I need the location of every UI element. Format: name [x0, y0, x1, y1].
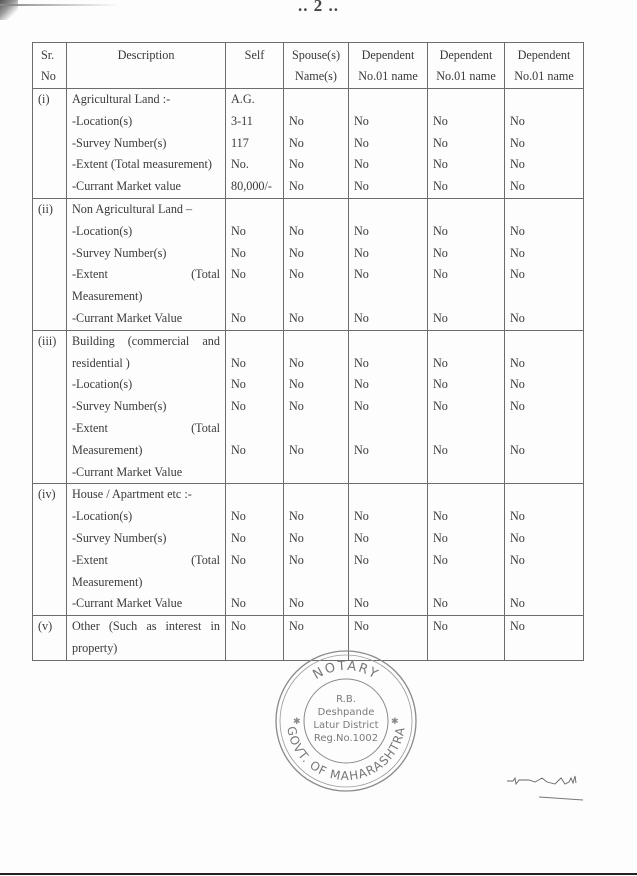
header-line: No.01 name — [514, 69, 574, 83]
value-line: No — [433, 616, 499, 638]
value-line — [289, 484, 343, 506]
table-body: (i)Agricultural Land :--Location(s)-Surv… — [33, 89, 584, 661]
value-line: No — [433, 550, 499, 572]
value-line: A.G. — [231, 89, 278, 111]
value-line: No — [433, 396, 499, 418]
description-line: Agricultural Land :- — [72, 89, 220, 111]
value-line: No — [354, 616, 422, 638]
value-line — [289, 89, 343, 111]
value-line: 80,000/- — [231, 176, 278, 198]
value-line: No — [433, 221, 499, 243]
value-line: No — [510, 440, 578, 462]
header-self: Self — [226, 43, 284, 89]
value-line: No — [231, 396, 278, 418]
sr-no: (iv) — [38, 484, 61, 506]
description-line: -Survey Number(s) — [72, 133, 220, 155]
value-line: No — [354, 353, 422, 375]
value-line: No — [354, 221, 422, 243]
description-line: Measurement) — [72, 572, 220, 594]
value-line — [231, 418, 278, 440]
value-line: No — [510, 243, 578, 265]
value-line: No — [510, 528, 578, 550]
description-line: -Location(s) — [72, 111, 220, 133]
value-line — [354, 418, 422, 440]
dependent-2-cell: NoNoNoNo — [428, 484, 505, 616]
value-line: No — [354, 176, 422, 198]
description-line: -Currant Market Value — [72, 593, 220, 615]
description-line: House / Apartment etc :- — [72, 484, 220, 506]
value-line: No — [231, 353, 278, 375]
value-line — [289, 199, 343, 221]
value-line — [354, 572, 422, 594]
value-line: No — [510, 593, 578, 615]
description-line: -Survey Number(s) — [72, 528, 220, 550]
table-header-row: Sr. No Description Self Spouse(s) Name(s… — [33, 43, 584, 89]
value-line: No — [231, 550, 278, 572]
sr-no-cell: (iii) — [33, 330, 67, 484]
header-line: Description — [118, 48, 175, 62]
value-line: No — [289, 264, 343, 286]
value-line: No — [354, 111, 422, 133]
value-line: No — [289, 550, 343, 572]
value-line — [510, 462, 578, 484]
justified-word: as — [146, 616, 156, 638]
spouse-cell: NoNoNoNo — [284, 89, 349, 199]
value-line: No — [433, 528, 499, 550]
justified-word: (commercial — [128, 331, 190, 353]
justified-word: (Such — [109, 616, 137, 638]
header-line: Spouse(s) — [292, 48, 340, 62]
value-line: No — [354, 154, 422, 176]
description-line: -Extent(Total — [72, 264, 220, 286]
value-line — [510, 484, 578, 506]
value-line: No — [433, 243, 499, 265]
value-line: No — [231, 593, 278, 615]
value-line — [354, 484, 422, 506]
value-line — [433, 331, 499, 353]
value-line: No — [231, 221, 278, 243]
value-line — [231, 331, 278, 353]
value-line: No — [510, 616, 578, 638]
header-line: Dependent — [362, 48, 415, 62]
value-line: 117 — [231, 133, 278, 155]
value-line: No — [289, 374, 343, 396]
description-line: -Location(s) — [72, 374, 220, 396]
dependent-3-cell: NoNoNoNo — [505, 330, 584, 484]
dependent-3-cell: NoNoNoNo — [505, 484, 584, 616]
value-line — [433, 418, 499, 440]
value-line: No — [289, 243, 343, 265]
value-line: No — [433, 133, 499, 155]
value-line: No — [289, 528, 343, 550]
immovable-assets-table: Sr. No Description Self Spouse(s) Name(s… — [32, 42, 584, 661]
value-line: No — [433, 593, 499, 615]
page-number: .. 2 .. — [0, 0, 637, 16]
value-line: No — [354, 506, 422, 528]
justified-word: Other — [72, 616, 100, 638]
spouse-cell: NoNoNoNo — [284, 484, 349, 616]
dependent-3-cell: NoNoNoNo — [505, 89, 584, 199]
sr-no-cell: (iv) — [33, 484, 67, 616]
value-line: No — [354, 593, 422, 615]
description-cell: Non Agricultural Land –-Location(s)-Surv… — [67, 198, 226, 330]
sr-no: (i) — [38, 89, 61, 111]
value-line: No — [289, 616, 343, 638]
sr-no-cell: (ii) — [33, 198, 67, 330]
value-line — [510, 199, 578, 221]
notary-stamp: NOTARY GOVT. OF MAHARASHTRA ✱ ✱ R.B. Des… — [273, 648, 419, 794]
value-line: No — [433, 111, 499, 133]
value-line: No — [231, 243, 278, 265]
spouse-cell: NoNoNoNo — [284, 330, 349, 484]
description-cell: Agricultural Land :--Location(s)-Survey … — [67, 89, 226, 199]
header-dependent-2: Dependent No.01 name — [428, 43, 505, 89]
value-line: No — [289, 221, 343, 243]
value-line: No — [354, 374, 422, 396]
signature — [505, 772, 587, 802]
value-line — [354, 199, 422, 221]
value-line: No — [354, 396, 422, 418]
value-line: No — [433, 374, 499, 396]
value-line: No — [354, 243, 422, 265]
value-line: No — [289, 133, 343, 155]
value-line: No — [354, 264, 422, 286]
value-line: No — [354, 528, 422, 550]
dependent-1-cell: NoNoNoNo — [349, 89, 428, 199]
description-line: Measurement) — [72, 286, 220, 308]
table-row: (i)Agricultural Land :--Location(s)-Surv… — [33, 89, 584, 199]
sr-no-cell: (v) — [33, 616, 67, 661]
description-line: -Currant Market Value — [72, 462, 220, 484]
description-line: -Location(s) — [72, 506, 220, 528]
scan-bottom-edge — [0, 873, 637, 875]
header-line: Dependent — [518, 48, 571, 62]
value-line: No — [289, 593, 343, 615]
header-dependent-3: Dependent No.01 name — [505, 43, 584, 89]
justified-word: (Total — [191, 550, 220, 572]
value-line: No — [510, 176, 578, 198]
value-line: No — [231, 440, 278, 462]
description-cell: Other(Suchasinterestinproperty) — [67, 616, 226, 661]
value-line: No — [289, 353, 343, 375]
value-line — [231, 638, 278, 660]
value-line: No — [231, 616, 278, 638]
value-line: No — [289, 176, 343, 198]
header-description: Description — [67, 43, 226, 89]
value-line: No — [433, 506, 499, 528]
value-line: No — [354, 133, 422, 155]
dependent-1-cell: NoNoNoNo — [349, 330, 428, 484]
value-line: No — [510, 133, 578, 155]
value-line — [354, 331, 422, 353]
header-line: No.01 name — [358, 69, 418, 83]
sr-no: (iii) — [38, 331, 61, 353]
value-line — [510, 572, 578, 594]
description-cell: House / Apartment etc :--Location(s)-Sur… — [67, 484, 226, 616]
header-line: Name(s) — [295, 69, 337, 83]
value-line — [510, 286, 578, 308]
dependent-2-cell: NoNoNoNo — [428, 330, 505, 484]
value-line: No — [510, 506, 578, 528]
value-line: No — [433, 154, 499, 176]
value-line: No — [231, 528, 278, 550]
value-line — [510, 418, 578, 440]
value-line: No — [433, 308, 499, 330]
self-cell: NoNoNoNo — [226, 198, 284, 330]
value-line — [289, 572, 343, 594]
description-line: property) — [72, 638, 220, 660]
description-line: Building(commercialand — [72, 331, 220, 353]
justified-word: -Extent — [72, 264, 108, 286]
stamp-star-right: ✱ — [391, 717, 399, 727]
value-line — [289, 331, 343, 353]
value-line: No — [510, 550, 578, 572]
justified-word: interest — [166, 616, 202, 638]
value-line: No — [289, 440, 343, 462]
table-row: (iii)Building(commercialandresidential )… — [33, 330, 584, 484]
dependent-1-cell: NoNoNoNo — [349, 484, 428, 616]
value-line: No. — [231, 154, 278, 176]
value-line — [433, 572, 499, 594]
value-line — [231, 462, 278, 484]
description-line: Non Agricultural Land – — [72, 199, 220, 221]
description-line: -Survey Number(s) — [72, 243, 220, 265]
table-row: (iv)House / Apartment etc :--Location(s)… — [33, 484, 584, 616]
description-line: Other(Suchasinterestin — [72, 616, 220, 638]
description-cell: Building(commercialandresidential ) -Loc… — [67, 330, 226, 484]
stamp-line: Deshpande — [318, 707, 375, 718]
value-line — [433, 199, 499, 221]
value-line — [231, 572, 278, 594]
justified-word: and — [202, 331, 220, 353]
description-line: Measurement) — [72, 440, 220, 462]
value-line — [433, 462, 499, 484]
dependent-3-cell: NoNoNoNo — [505, 198, 584, 330]
sr-no-cell: (i) — [33, 89, 67, 199]
description-line: -Location(s) — [72, 221, 220, 243]
value-line — [354, 286, 422, 308]
value-line — [510, 638, 578, 660]
value-line — [433, 89, 499, 111]
dependent-2-cell: NoNoNoNo — [428, 89, 505, 199]
value-line: No — [510, 264, 578, 286]
value-line — [289, 418, 343, 440]
value-line: No — [510, 308, 578, 330]
header-spouse: Spouse(s) Name(s) — [284, 43, 349, 89]
dependent-3-cell: No — [505, 616, 584, 661]
value-line — [354, 89, 422, 111]
description-line: -Survey Number(s) — [72, 396, 220, 418]
value-line: No — [510, 374, 578, 396]
self-cell: NoNoNoNo — [226, 330, 284, 484]
value-line — [510, 89, 578, 111]
value-line — [354, 462, 422, 484]
header-sr-no: Sr. No — [33, 43, 67, 89]
dependent-2-cell: No — [428, 616, 505, 661]
header-line: No.01 name — [436, 69, 496, 83]
value-line — [231, 199, 278, 221]
value-line: No — [231, 374, 278, 396]
value-line: No — [289, 308, 343, 330]
value-line: No — [433, 353, 499, 375]
description-line: -Extent(Total — [72, 550, 220, 572]
dependent-1-cell: NoNoNoNo — [349, 198, 428, 330]
value-line — [510, 331, 578, 353]
description-line: -Extent(Total — [72, 418, 220, 440]
value-line: No — [354, 440, 422, 462]
description-line: residential ) — [72, 353, 220, 375]
value-line: No — [433, 264, 499, 286]
value-line: No — [510, 396, 578, 418]
value-line — [231, 484, 278, 506]
value-line: No — [231, 264, 278, 286]
value-line: No — [354, 550, 422, 572]
value-line: No — [510, 111, 578, 133]
dependent-2-cell: NoNoNoNo — [428, 198, 505, 330]
spouse-cell: NoNoNoNo — [284, 198, 349, 330]
header-line: No — [41, 69, 56, 83]
value-line — [433, 484, 499, 506]
stamp-line: Latur District — [313, 720, 378, 731]
justified-word: (Total — [191, 264, 220, 286]
sr-no: (ii) — [38, 199, 61, 221]
justified-word: -Extent — [72, 550, 108, 572]
value-line: No — [433, 440, 499, 462]
header-line: Self — [245, 48, 265, 62]
value-line: No — [289, 396, 343, 418]
value-line: No — [231, 506, 278, 528]
value-line: No — [289, 111, 343, 133]
value-line — [289, 462, 343, 484]
description-line: -Currant Market Value — [72, 308, 220, 330]
value-line: No — [354, 308, 422, 330]
header-line: Dependent — [440, 48, 493, 62]
justified-word: -Extent — [72, 418, 108, 440]
value-line: 3-11 — [231, 111, 278, 133]
sr-no: (v) — [38, 616, 61, 638]
value-line: No — [510, 154, 578, 176]
value-line: No — [510, 353, 578, 375]
header-dependent-1: Dependent No.01 name — [349, 43, 428, 89]
value-line — [289, 286, 343, 308]
stamp-line: Reg.No.1002 — [314, 733, 378, 744]
description-line: -Extent (Total measurement) — [72, 154, 220, 176]
value-line: No — [231, 308, 278, 330]
value-line: No — [510, 221, 578, 243]
stamp-line: R.B. — [336, 694, 356, 705]
justified-word: in — [210, 616, 219, 638]
header-line: Sr. — [41, 48, 54, 62]
value-line — [433, 286, 499, 308]
table-row: (ii)Non Agricultural Land –-Location(s)-… — [33, 198, 584, 330]
value-line: No — [289, 506, 343, 528]
value-line: No — [433, 176, 499, 198]
description-line: -Currant Market value — [72, 176, 220, 198]
value-line — [433, 638, 499, 660]
stamp-star-left: ✱ — [293, 717, 301, 727]
justified-word: Building — [72, 331, 115, 353]
value-line — [231, 286, 278, 308]
value-line: No — [289, 154, 343, 176]
justified-word: (Total — [191, 418, 220, 440]
self-cell: A.G.3-11117No.80,000/- — [226, 89, 284, 199]
self-cell: NoNoNoNo — [226, 484, 284, 616]
